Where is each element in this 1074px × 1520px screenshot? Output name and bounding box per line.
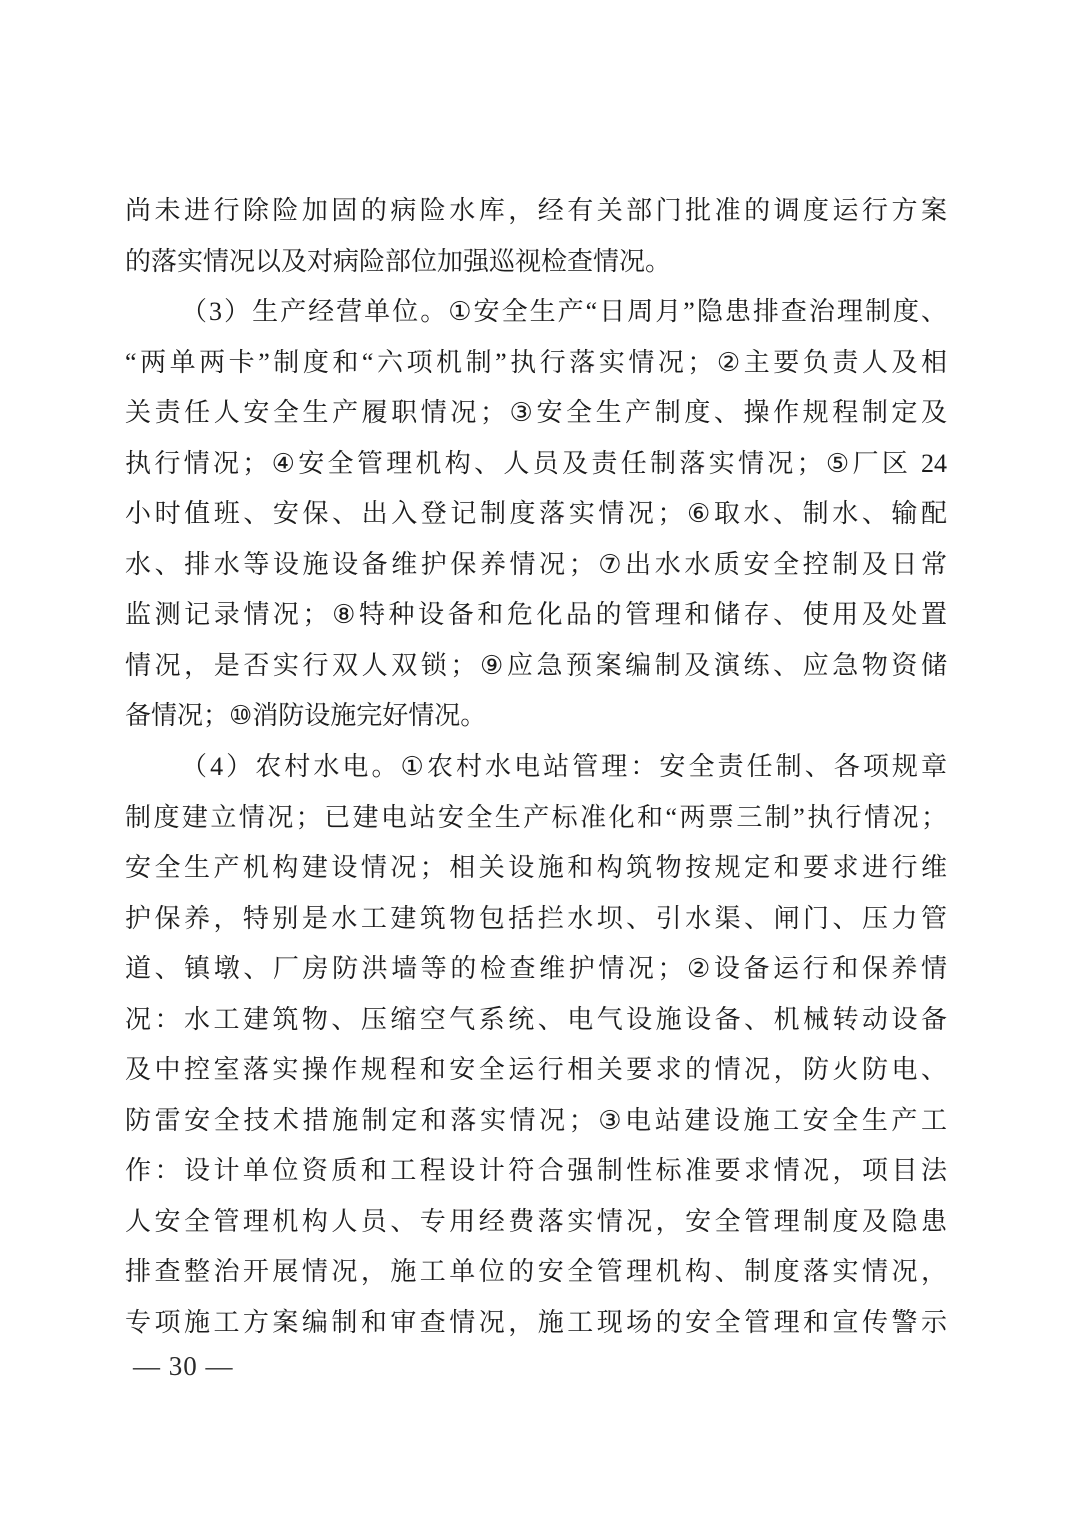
body-line: 情况，是否实行双人双锁；⑨应急预案编制及演练、应急物资储 xyxy=(125,641,947,692)
document-body: 尚未进行除险加固的病险水库，经有关部门批准的调度运行方案 的落实情况以及对病险部… xyxy=(125,186,947,1349)
body-line: 的落实情况以及对病险部位加强巡视检查情况。 xyxy=(125,237,947,288)
body-line: 及中控室落实操作规程和安全运行相关要求的情况，防火防电、 xyxy=(125,1045,947,1096)
body-line: 况：水工建筑物、压缩空气系统、电气设施设备、机械转动设备 xyxy=(125,995,947,1046)
body-line: 小时值班、安保、出入登记制度落实情况；⑥取水、制水、输配 xyxy=(125,489,947,540)
body-line: 制度建立情况；已建电站安全生产标准化和“两票三制”执行情况； xyxy=(125,793,947,844)
body-line: 作：设计单位资质和工程设计符合强制性标准要求情况，项目法 xyxy=(125,1146,947,1197)
body-line: （3）生产经营单位。①安全生产“日周月”隐患排查治理制度、 xyxy=(125,287,947,338)
body-line: 排查整治开展情况，施工单位的安全管理机构、制度落实情况， xyxy=(125,1247,947,1298)
body-line: 护保养，特别是水工建筑物包括拦水坝、引水渠、闸门、压力管 xyxy=(125,894,947,945)
body-line: 水、排水等设施设备维护保养情况；⑦出水水质安全控制及日常 xyxy=(125,540,947,591)
body-line: （4）农村水电。①农村水电站管理：安全责任制、各项规章 xyxy=(125,742,947,793)
body-line: 专项施工方案编制和审查情况，施工现场的安全管理和宣传警示 xyxy=(125,1298,947,1349)
body-line: “两单两卡”制度和“六项机制”执行落实情况；②主要负责人及相 xyxy=(125,338,947,389)
body-line: 道、镇墩、厂房防洪墙等的检查维护情况；②设备运行和保养情 xyxy=(125,944,947,995)
body-line: 备情况；⑩消防设施完好情况。 xyxy=(125,691,947,742)
body-line: 执行情况；④安全管理机构、人员及责任制落实情况；⑤厂区 24 xyxy=(125,439,947,490)
body-line: 尚未进行除险加固的病险水库，经有关部门批准的调度运行方案 xyxy=(125,186,947,237)
body-line: 关责任人安全生产履职情况；③安全生产制度、操作规程制定及 xyxy=(125,388,947,439)
body-line: 人安全管理机构人员、专用经费落实情况，安全管理制度及隐患 xyxy=(125,1197,947,1248)
body-line: 防雷安全技术措施制定和落实情况；③电站建设施工安全生产工 xyxy=(125,1096,947,1147)
body-line: 监测记录情况；⑧特种设备和危化品的管理和储存、使用及处置 xyxy=(125,590,947,641)
document-page: 尚未进行除险加固的病险水库，经有关部门批准的调度运行方案 的落实情况以及对病险部… xyxy=(0,0,1074,1520)
page-number-footer: — 30 — xyxy=(133,1348,234,1384)
body-line: 安全生产机构建设情况；相关设施和构筑物按规定和要求进行维 xyxy=(125,843,947,894)
